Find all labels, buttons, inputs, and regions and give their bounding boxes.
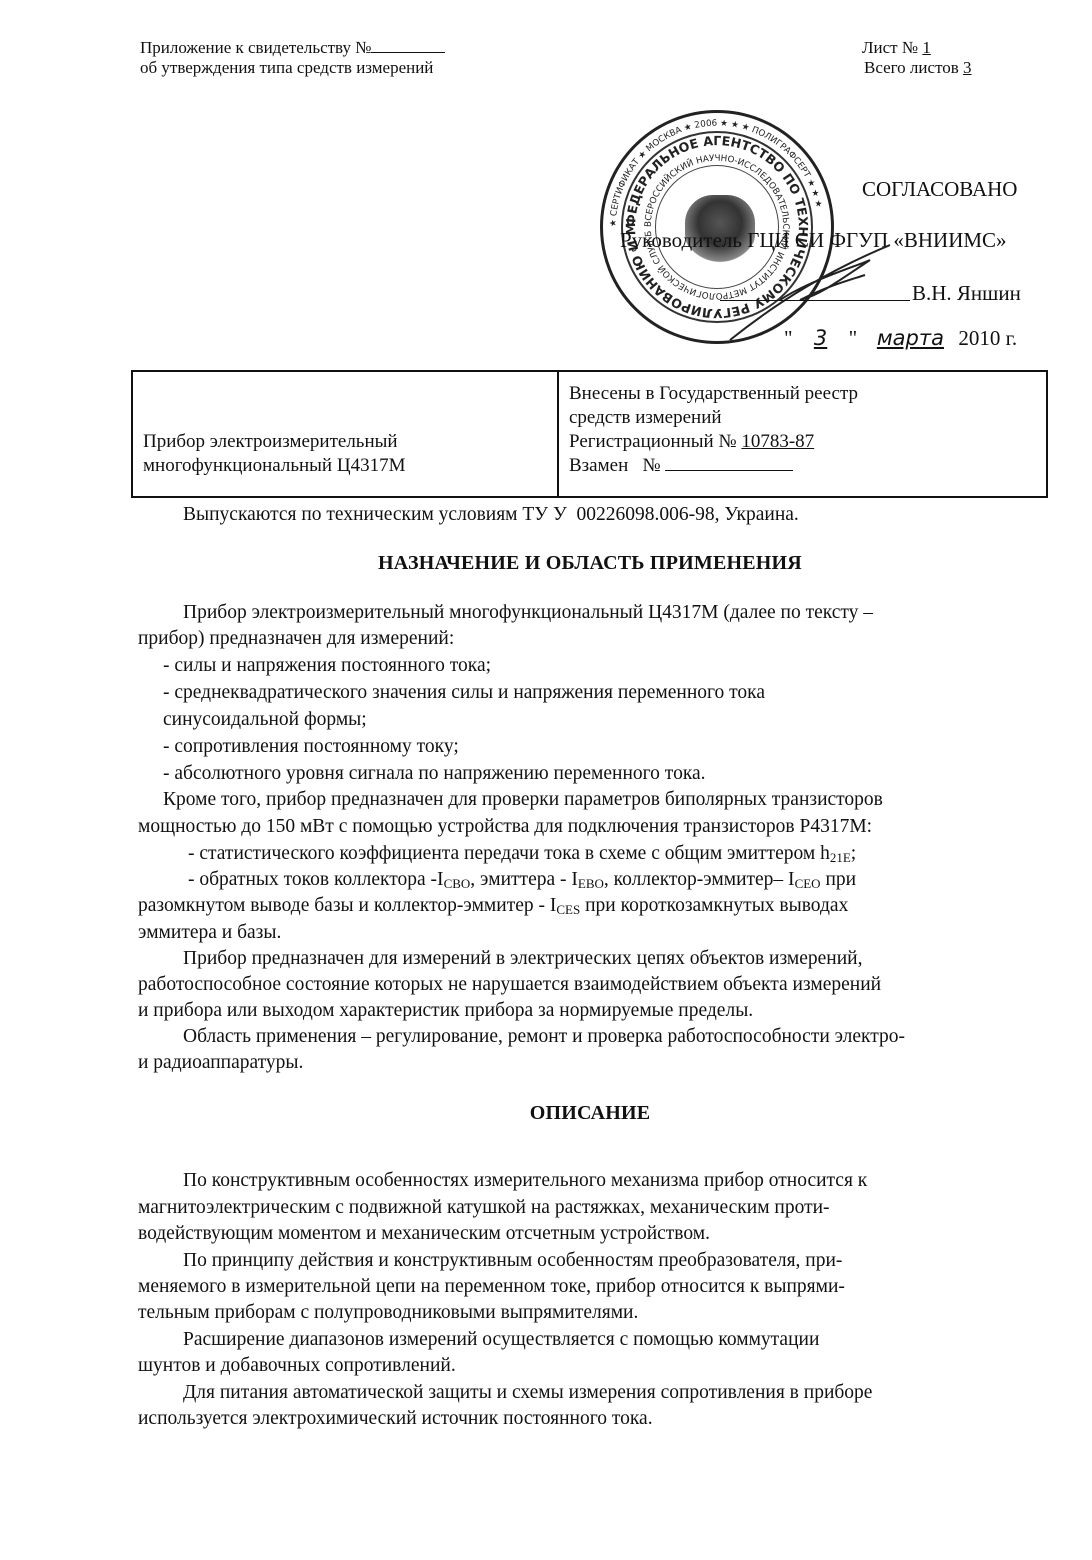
list-item: - обратных токов коллектора -ICBO, эмитт… <box>188 867 856 893</box>
registry-entry-cell: Внесены в Государственный реестр средств… <box>558 371 1047 497</box>
sheet-number: 1 <box>922 38 931 57</box>
list-item: - среднеквадратического значения силы и … <box>163 680 765 706</box>
list-item: - сопротивления постоянному току; <box>163 734 459 760</box>
list-item: - статистического коэффициента передачи … <box>188 841 856 867</box>
appendix-subtitle: об утверждения типа средств измерений <box>140 58 445 78</box>
replaces-number-blank <box>665 456 793 471</box>
date-year: 2010 г. <box>958 326 1017 350</box>
approval-date: "3" марта2010 г. <box>784 325 1017 351</box>
sheet-info: Лист № 1 Всего листов 3 <box>862 38 972 78</box>
approval-title: СОГЛАСОВАНО <box>862 176 1017 202</box>
manufacturing-spec: Выпускаются по техническим условиям ТУ У… <box>183 502 799 528</box>
signature-line <box>720 300 910 301</box>
appendix-label: Приложение к свидетельству № <box>140 38 371 57</box>
registration-number: 10783-87 <box>741 431 814 452</box>
registry-table: Прибор электроизмерительный многофункцио… <box>131 370 1048 498</box>
list-item: - абсолютного уровня сигнала по напряжен… <box>163 761 706 787</box>
section-title-description: ОПИСАНИЕ <box>0 1102 1092 1125</box>
section-title-purpose: НАЗНАЧЕНИЕ И ОБЛАСТЬ ПРИМЕНЕНИЯ <box>0 552 1092 575</box>
date-month: марта <box>862 325 958 351</box>
certificate-appendix-header: Приложение к свидетельству № об утвержде… <box>140 38 445 78</box>
certificate-number-blank <box>371 38 445 53</box>
total-sheets-number: 3 <box>963 58 972 77</box>
date-day: 3 <box>793 325 849 351</box>
list-item: - силы и напряжения постоянного тока; <box>163 653 491 679</box>
signer-name: В.Н. Яншин <box>912 280 1021 306</box>
device-name-cell: Прибор электроизмерительный многофункцио… <box>132 371 558 497</box>
sheet-label: Лист № <box>862 38 918 57</box>
total-sheets-label: Всего листов <box>864 58 959 77</box>
